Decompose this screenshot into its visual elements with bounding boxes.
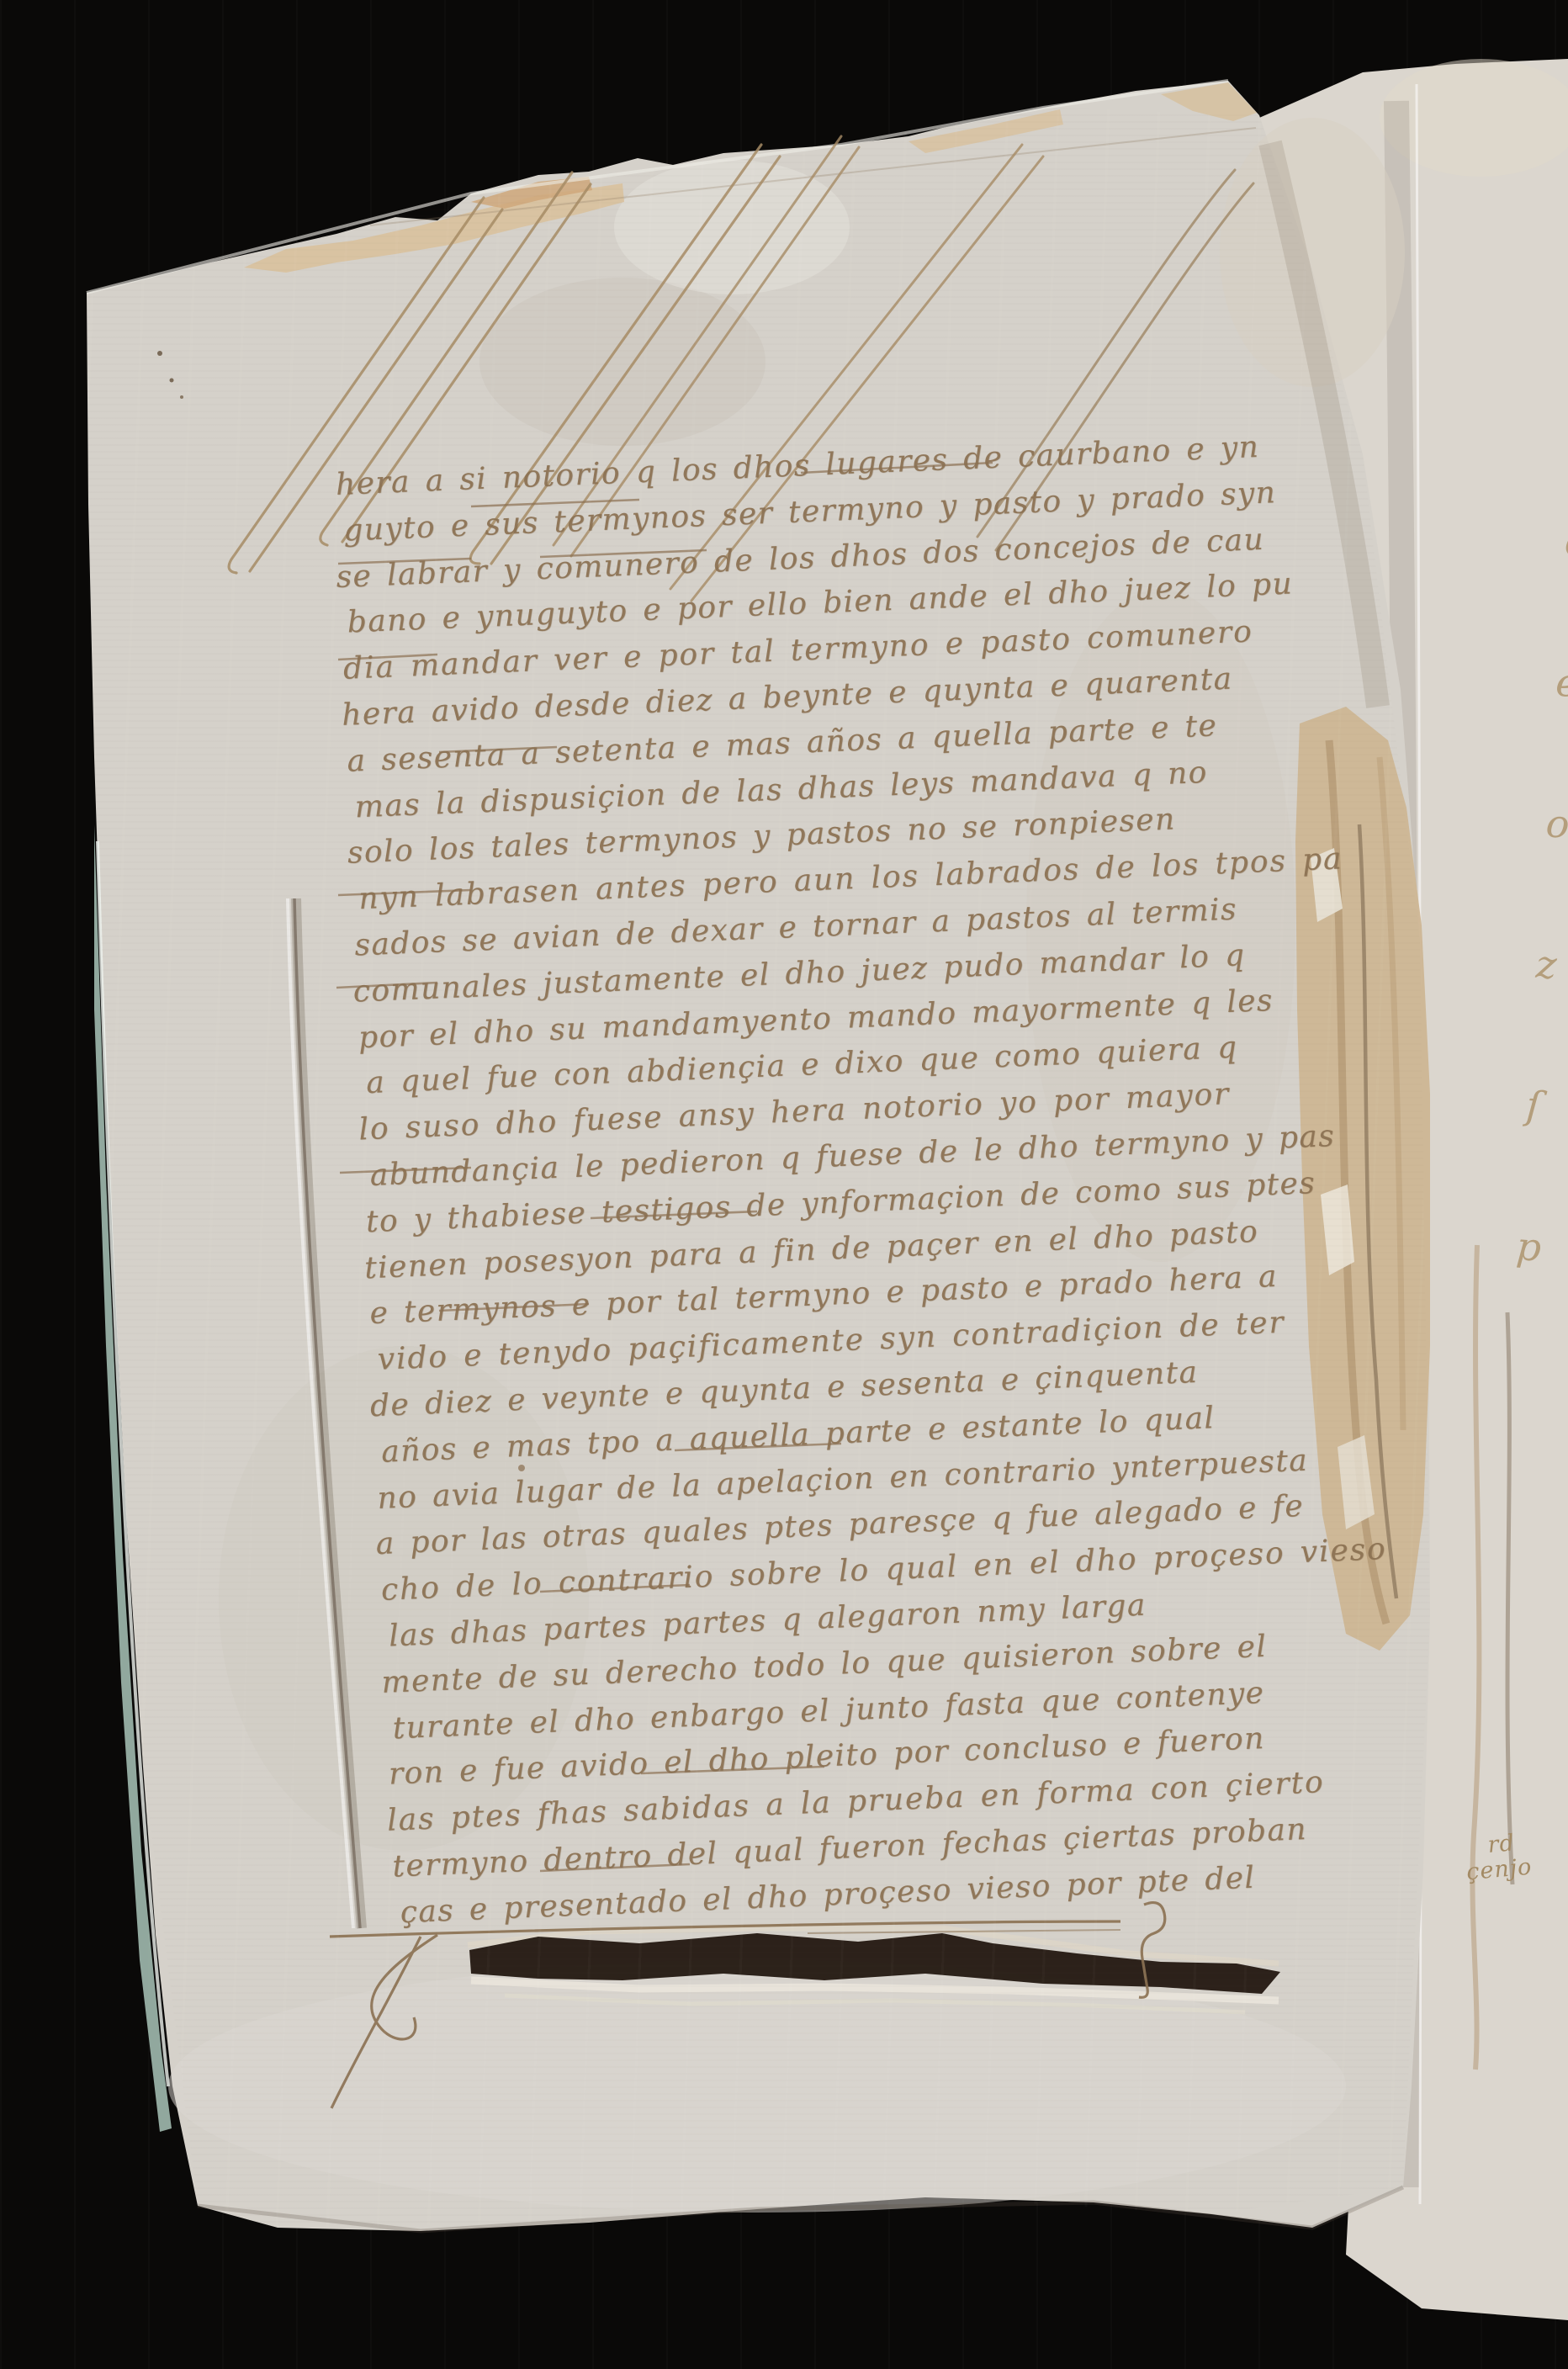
manuscript-text-block: hera a si notorio q los dhos lugares de … xyxy=(335,421,1396,1937)
fox-spot xyxy=(180,395,183,399)
fox-spot xyxy=(170,379,174,383)
photograph-of-manuscript: { "photo": { "background_color": "#0a090… xyxy=(0,0,1568,2369)
fox-spot xyxy=(157,351,162,356)
margin-note: rd çenjo xyxy=(1464,1830,1534,1886)
manuscript-lines: hera a si notorio q los dhos lugares de … xyxy=(335,421,1396,1937)
edge-fragment-glyph: p xyxy=(1512,1175,1568,1320)
stain xyxy=(614,160,850,294)
